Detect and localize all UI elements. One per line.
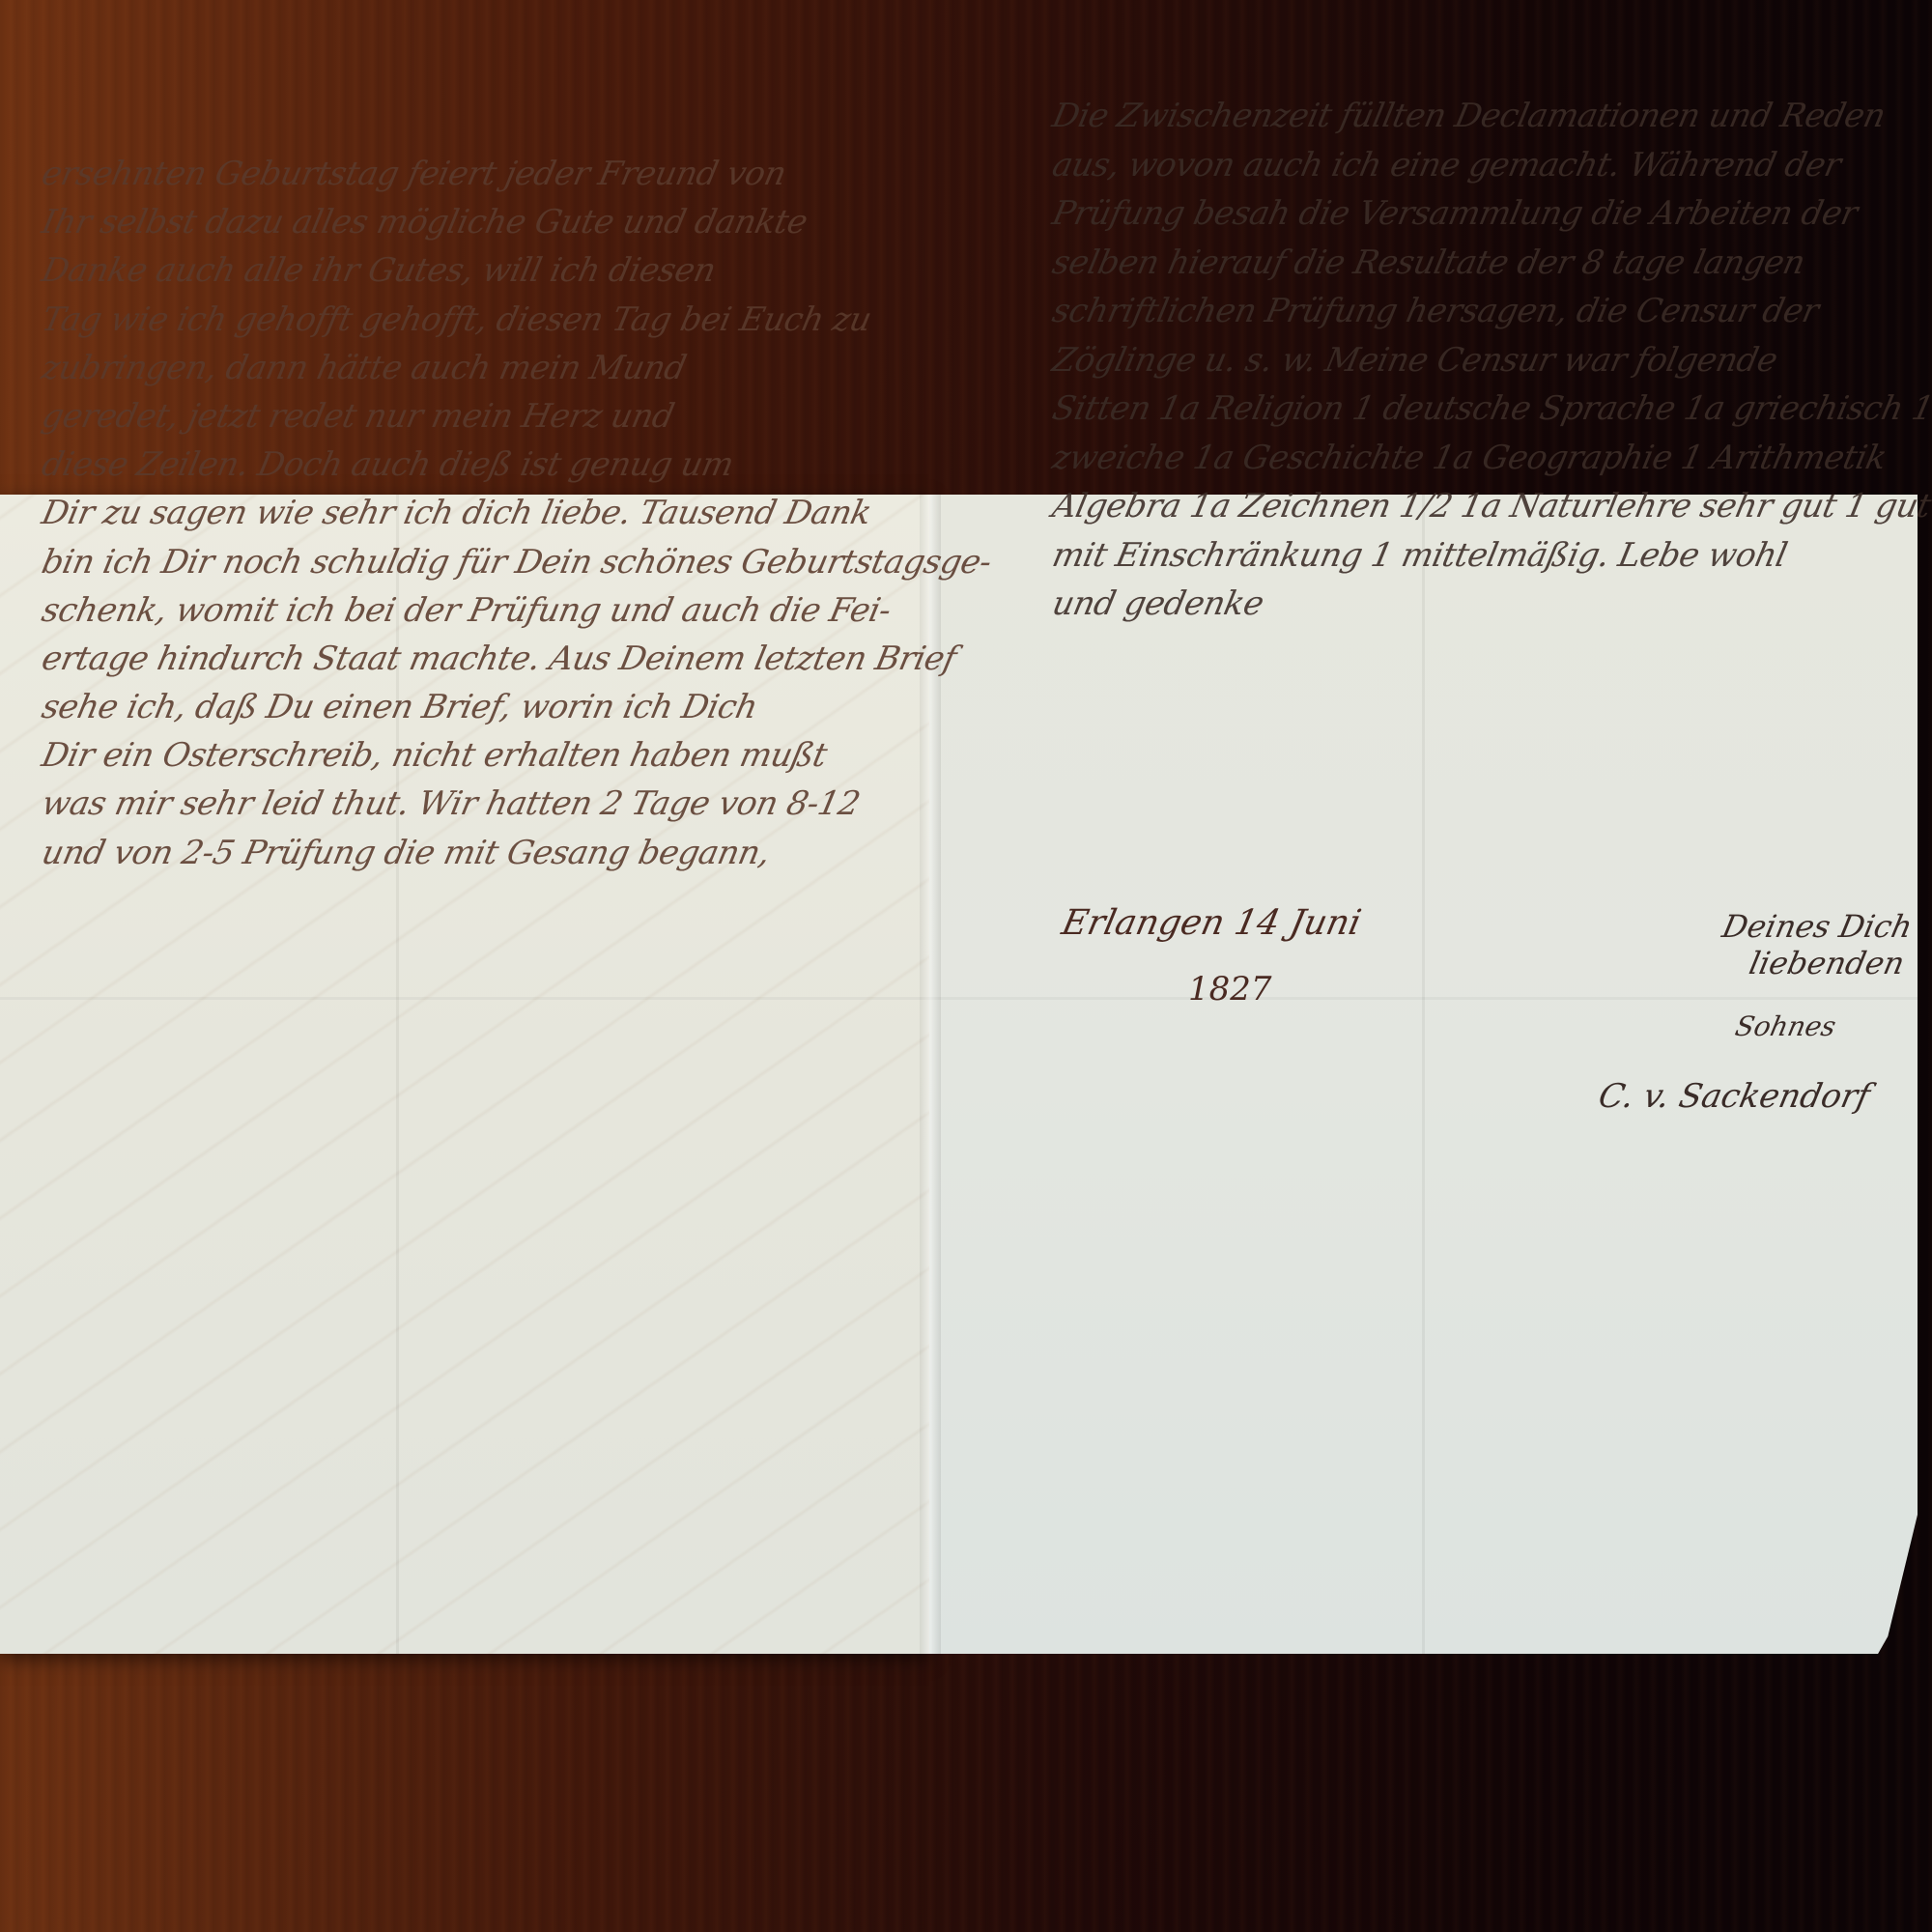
closing-line: Deines Dich liebenden: [1552, 908, 1916, 981]
text-line: sehe ich, daß Du einen Brief, worin ich …: [38, 683, 918, 731]
text-line: Zöglinge u. s. w. Meine Censur war folge…: [1048, 336, 1909, 385]
text-line: Prüfung besah die Versammlung die Arbeit…: [1048, 189, 1909, 239]
text-line: Die Zwischenzeit füllten Declamationen u…: [1048, 92, 1909, 141]
text-line: Algebra 1a Zeichnen 1/2 1a Naturlehre se…: [1048, 482, 1909, 531]
text-line: ertage hindurch Staat machte. Aus Deinem…: [38, 635, 918, 683]
text-line: geredet, jetzt redet nur mein Herz und: [38, 392, 918, 440]
text-line: schriftlichen Prüfung hersagen, die Cens…: [1048, 287, 1909, 336]
text-line: ersehnten Geburtstag feiert jeder Freund…: [38, 150, 918, 198]
text-line: was mir sehr leid thut. Wir hatten 2 Tag…: [38, 780, 918, 828]
text-line: und gedenke: [1048, 580, 1909, 629]
place-date-line: Erlangen 14 Juni: [1059, 903, 1365, 943]
text-line: aus, wovon auch ich eine gemacht. Währen…: [1048, 141, 1909, 190]
closing-signature-block: Deines Dich liebenden Sohnes C. v. Sacke…: [1560, 908, 1908, 1116]
left-page-text: ersehnten Geburtstag feiert jeder Freund…: [43, 150, 912, 877]
place-and-date: Erlangen 14 Juni 1827: [1063, 903, 1360, 1009]
text-line: selben hierauf die Resultate der 8 tage …: [1048, 239, 1909, 288]
text-line: diese Zeilen. Doch auch dieß ist genug u…: [38, 440, 918, 489]
text-line: mit Einschränkung 1 mittelmäßig. Lebe wo…: [1048, 531, 1909, 581]
closing-line: Sohnes: [1556, 1010, 1838, 1042]
signature: C. v. Sackendorf: [1556, 1077, 1874, 1116]
text-line: zweiche 1a Geschichte 1a Geographie 1 Ar…: [1048, 434, 1909, 483]
text-line: Ihr selbst dazu alles mögliche Gute und …: [38, 198, 918, 246]
text-line: Dir zu sagen wie sehr ich dich liebe. Ta…: [38, 489, 918, 537]
fold-crease: [0, 997, 929, 1000]
text-line: schenk, womit ich bei der Prüfung und au…: [38, 586, 918, 635]
year: 1827: [1188, 970, 1360, 1009]
text-line: und von 2-5 Prüfung die mit Gesang began…: [38, 829, 918, 877]
text-line: Dir ein Osterschreib, nicht erhalten hab…: [38, 731, 918, 780]
text-line: Sitten 1a Religion 1 deutsche Sprache 1a…: [1048, 384, 1909, 434]
text-line: zubringen, dann hätte auch mein Mund: [38, 344, 918, 392]
text-line: bin ich Dir noch schuldig für Dein schön…: [38, 538, 918, 586]
text-line: Tag wie ich gehofft gehofft, diesen Tag …: [38, 296, 918, 344]
text-line: Danke auch alle ihr Gutes, will ich dies…: [38, 246, 918, 295]
fold-crease: [1422, 495, 1425, 1654]
right-page-text: Die Zwischenzeit füllten Declamationen u…: [1053, 92, 1903, 629]
